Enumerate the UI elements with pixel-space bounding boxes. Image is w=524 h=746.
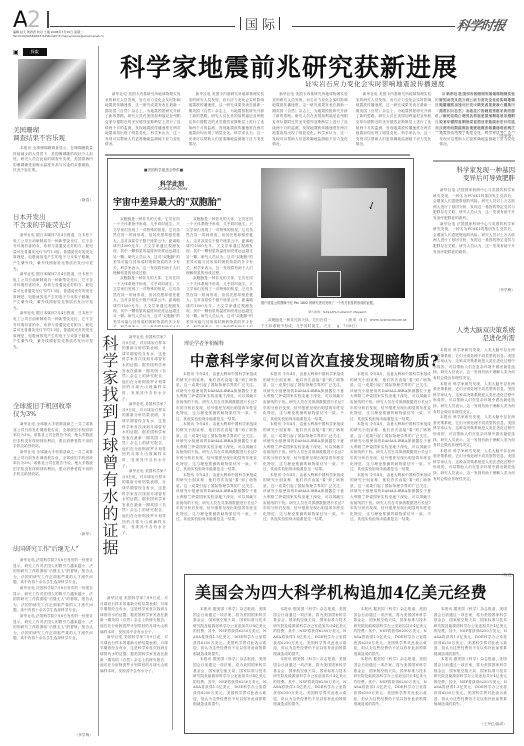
science-now-body-2: 双胞胎是一种非凡的天体，它们在同一个天体系统中形成，几乎同时诞生。天文学家们发现… [261, 318, 407, 328]
moon-story: 科学家找到月球曾有水的证据 新华社电 美国科学家7月9日说，对月球岩石样本的重新… [100, 335, 168, 595]
science-now-headline: 宇宙中差异最大的"双胞胎" [113, 195, 221, 210]
moon-divider [172, 335, 173, 730]
sidebar-tag: ▣ 探索 [13, 48, 47, 56]
newspaper-logo: 科学时报 [455, 15, 506, 34]
sponsor-line: ■美国科学促进会特供■ [144, 168, 183, 173]
masthead-rule-right [292, 26, 455, 27]
moon-headline: 科学家找到月球曾有水的证据 [100, 335, 118, 556]
budget-headline: 美国会为四大科学机构追加4亿美元经费 [195, 580, 487, 603]
right-col-rule [433, 160, 515, 162]
dark-matter-kicker: 理论学者争相解释 [184, 340, 224, 347]
column-name-en: Science Now [158, 187, 188, 192]
right-column-article: 人类大脑双决策系统 是进化所需 本报讯 科学家研究发现，人类大脑中存在两套决策系… [433, 326, 515, 579]
sidebar-divider [98, 46, 99, 736]
article-body: 新华社电 全球最大手机制造商之一芬兰诺基亚公司日前发布调查报告说，全球废旧手机回… [13, 422, 93, 532]
sidebar: ▣ 探索 美国珊瑚 调查结果不容乐观 本报讯 全球珊瑚礁调查显示，在珊瑚礁数量持… [13, 46, 95, 736]
masthead-vertical-bar [47, 11, 49, 28]
article-body: 本报讯 科学家研究发现，人类大脑中存在两套决策系统，它们分别处理不同类型的信息。… [433, 348, 515, 573]
budget-body: 本报讯 据美国《科学》杂志报道，美国国会日前通过一项法案，将为美国国家科学基金会… [193, 607, 507, 727]
article-title: 法国研究工作"后继无人" [13, 546, 93, 554]
article-title: 人类大脑双决策系统 是进化所需 [433, 326, 515, 342]
sidebar-article: 美国珊瑚 调查结果不容乐观 本报讯 全球珊瑚礁调查显示，在珊瑚礁数量持续减少的大… [13, 126, 93, 204]
dark-matter-story: 理论学者争相解释 中意科学家何以首次直接发现暗物质? 本报讯 今年4月，由意大利… [176, 338, 431, 588]
budget-byline: （王丹红/编译） [480, 722, 507, 728]
lead-byline: （张荣荣） [480, 134, 515, 140]
tag-marker-icon: ▣ [13, 49, 19, 56]
zoom-inset-box [321, 188, 387, 256]
article-title: 日本开发出 不含汞的节能荧光灯 [13, 213, 93, 229]
article-body: 新华社电 法国国家科研中心与英国的科学家研究发现，一种名为PCSK1的基因发生变… [433, 188, 515, 288]
article-title: 美国珊瑚 调查结果不容乐观 [13, 126, 93, 142]
science-now-body: 双胞胎是一种非凡的天体，它们在同一个天体系统中形成，几乎同时诞生。天文学家们发现… [113, 217, 253, 327]
moon-body-bottom: 新华社电 美国科学家7月9日说，对月球岩石样本的重新分析结果表明，月球早期曾经含… [100, 596, 168, 728]
article-body: 本报讯 全球珊瑚礁调查显示，在珊瑚礁数量持续减少的大背景下，美国珊瑚礁的现状令人… [13, 146, 93, 198]
sidebar-article: 日本开发出 不含汞的节能荧光灯 新华社电 据日本媒体7月4日报道，日本松下电工公… [13, 213, 93, 403]
sidebar-article: 法国研究工作"后继无人" 新华社电 法国科学院7月8日发布的一份报告显示，研究工… [13, 546, 93, 739]
section-label: 国 际 [240, 14, 280, 33]
dark-matter-body: 本报讯 今年4月，由意大利和中国科学家组成的研究小组宣称，他们首次直接"看"到了… [176, 372, 431, 572]
masthead-rule-left [50, 26, 235, 27]
contact-line: Tel:(010)62580493 62561497 E-mail:scienc… [13, 34, 104, 38]
masthead: A2 国 际 科学时报 编辑 赵天 周君君 校对 王刚 2008年7月15日 星… [0, 0, 524, 40]
orion-nebula-photo: ↓ [261, 168, 405, 298]
budget-story-box: 美国会为四大科学机构追加4亿美元经费 本报讯 据美国《科学》杂志报道，美国国会日… [184, 574, 514, 734]
photo-credit: 图片提供：NASA/JPL/Caltech/T. Megeath [308, 310, 408, 314]
science-now-box: ■美国科学促进会特供■ 科学此刻 Science Now 宇宙中差异最大的"双胞… [107, 158, 414, 330]
article-body: 新华社电 据日本媒体7月4日报道，日本松下电工公司日前研制成功一种新型荧光灯，它… [13, 233, 93, 403]
article-title: 全球废旧手机回收率 仅为3% [13, 402, 93, 418]
highlight-box [317, 271, 341, 297]
lead-subheadline: 证实岩石应力变化会实时影响地震波传播速度 [305, 79, 445, 88]
right-column-article: 科学家发现一种基因 变异后可导致肥胖 新华社电 法国国家科研中心与英国的科学家研… [433, 166, 515, 294]
coral-reef-photo [18, 59, 86, 119]
dark-matter-headline: 中意科学家何以首次直接发现暗物质? [190, 350, 439, 371]
sidebar-article: 全球废旧手机回收率 仅为3% 新华社电 全球最大手机制造商之一芬兰诺基亚公司日前… [13, 402, 93, 538]
moon-body: 新华社电 美国科学家7月9日说，对月球岩石样本的重新分析结果表明，月球早期曾经含… [122, 335, 166, 580]
photo-caption: 猎户座星云的图像中在 Par 1802 的研究者们发现了一个有关恒星的形成的证据… [261, 301, 407, 305]
lead-body-continued: 新华社电 美国卡内基研究所地球物理实验室的研究人员发现，岩石应力变化会实时影响地… [435, 92, 515, 132]
article-title: 科学家发现一种基因 变异后可导致肥胖 [433, 166, 515, 182]
lead-bottom-rule [105, 154, 410, 156]
article-body: 新华社电 法国科学院7月8日发布的一份报告显示，研究工作对法国人的吸引力越来越小… [13, 558, 93, 733]
